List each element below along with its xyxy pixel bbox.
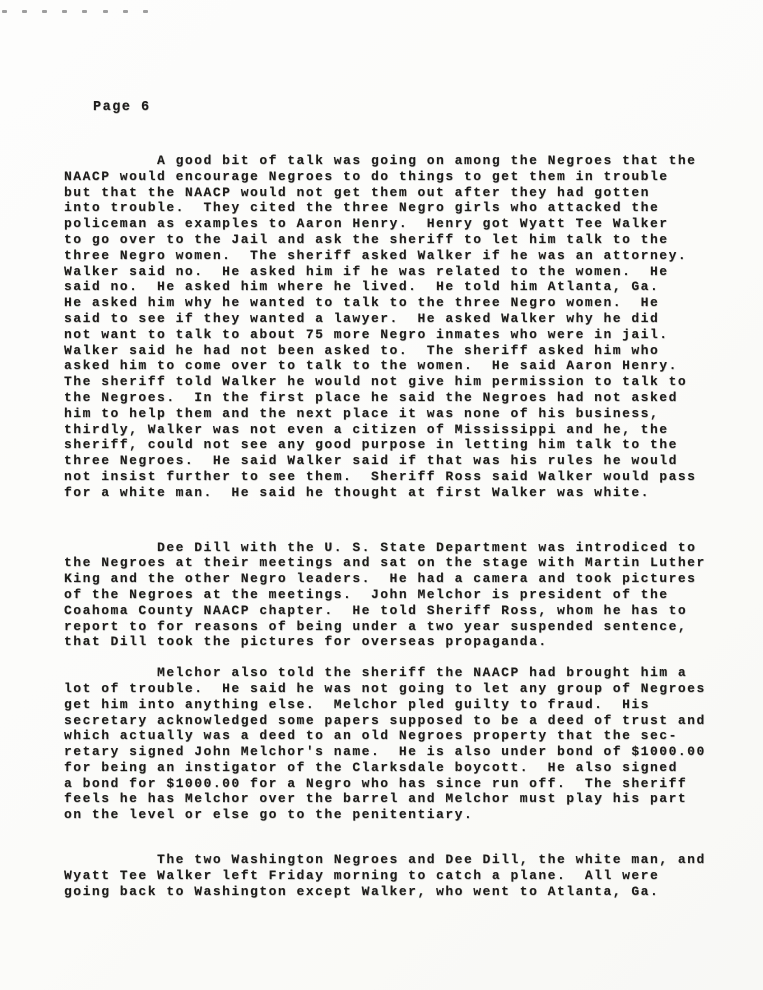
- scan-edge-mark: [143, 10, 148, 13]
- scanned-document-page: Page 6 A good bit of talk was going on a…: [0, 0, 763, 990]
- scan-edge-mark: [82, 10, 87, 13]
- paragraph: Melchor also told the sheriff the NAACP …: [64, 665, 744, 823]
- scan-edge-mark: [62, 10, 67, 13]
- scan-edge-perforation-marks: [2, 0, 153, 4]
- scan-edge-mark: [123, 10, 128, 13]
- paragraph: A good bit of talk was going on among th…: [64, 153, 744, 501]
- scan-edge-mark: [22, 10, 27, 13]
- page-number-label: Page 6: [93, 100, 151, 115]
- scan-edge-mark: [2, 10, 7, 13]
- paragraph: The two Washington Negroes and Dee Dill,…: [64, 852, 744, 899]
- paragraph: Dee Dill with the U. S. State Department…: [64, 540, 744, 651]
- scan-edge-mark: [103, 10, 108, 13]
- document-body: A good bit of talk was going on among th…: [64, 153, 744, 899]
- scan-edge-mark: [42, 10, 47, 13]
